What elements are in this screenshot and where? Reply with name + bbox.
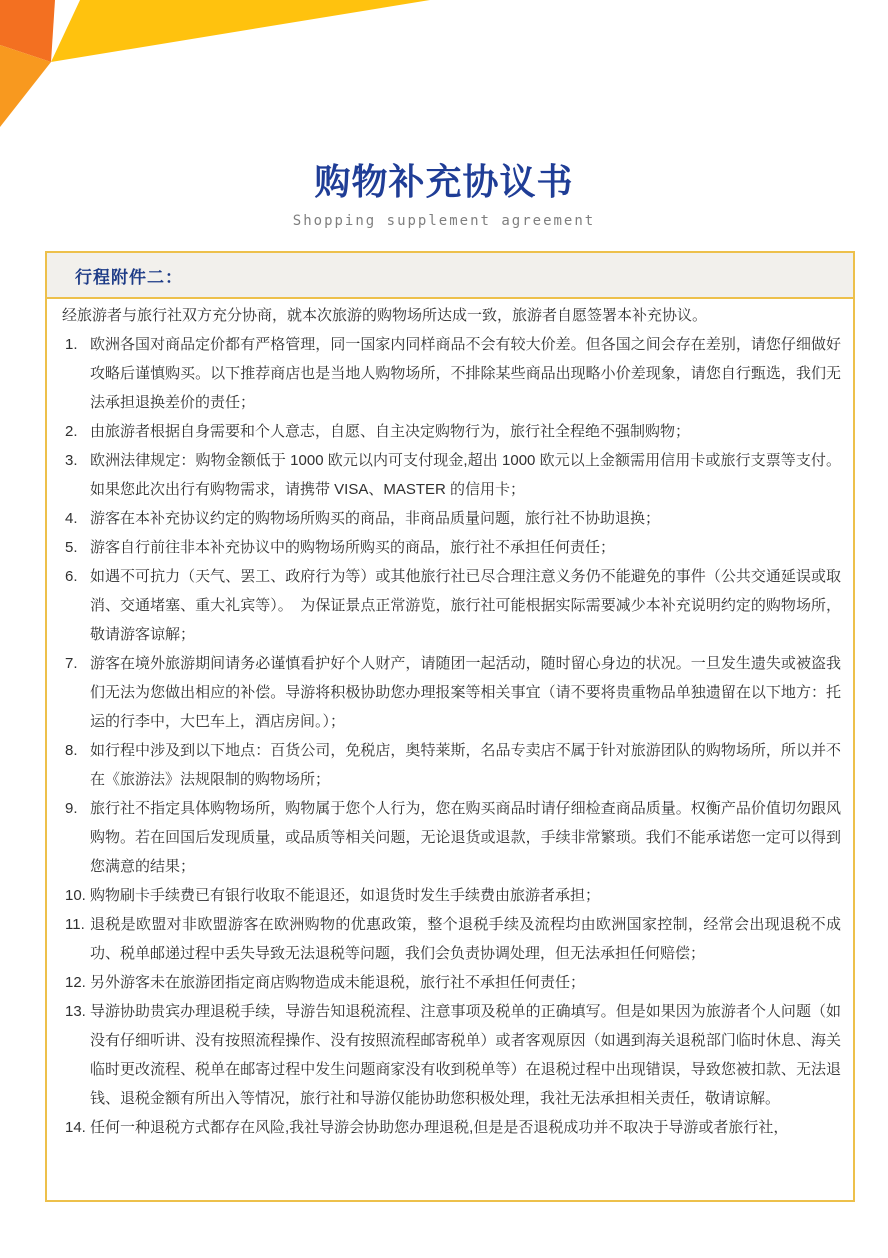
list-item-text: 导游协助贵宾办理退税手续，导游告知退税流程、注意事项及税单的正确填写。但是如果因… <box>90 997 841 1113</box>
list-item-text: 如遇不可抗力（天气、罢工、政府行为等）或其他旅行社已尽合理注意义务仍不能避免的事… <box>90 562 841 649</box>
list-item-number: 4. <box>62 504 90 533</box>
list-item: 14. 任何一种退税方式都存在风险,我社导游会协助您办理退税,但是是否退税成功并… <box>62 1113 841 1142</box>
list-item-number: 5. <box>62 533 90 562</box>
list-item-text: 如行程中涉及到以下地点：百货公司，免税店，奥特莱斯，名品专卖店不属于针对旅游团队… <box>90 736 841 794</box>
list-item: 1. 欧洲各国对商品定价都有严格管理，同一国家内同样商品不会有较大价差。但各国之… <box>62 330 841 417</box>
list-item: 5. 游客自行前往非本补充协议中的购物场所购买的商品，旅行社不承担任何责任； <box>62 533 841 562</box>
list-item-text: 任何一种退税方式都存在风险,我社导游会协助您办理退税,但是是否退税成功并不取决于… <box>90 1113 841 1142</box>
list-item-text: 旅行社不指定具体购物场所，购物属于您个人行为，您在购买商品时请仔细检查商品质量。… <box>90 794 841 881</box>
list-item: 8. 如行程中涉及到以下地点：百货公司，免税店，奥特莱斯，名品专卖店不属于针对旅… <box>62 736 841 794</box>
list-item-number: 8. <box>62 736 90 794</box>
list-item-number: 1. <box>62 330 90 417</box>
agreement-box: 行程附件二： 经旅游者与旅行社双方充分协商，就本次旅游的购物场所达成一致，旅游者… <box>45 251 855 1202</box>
list-item: 13. 导游协助贵宾办理退税手续，导游告知退税流程、注意事项及税单的正确填写。但… <box>62 997 841 1113</box>
attachment-heading: 行程附件二： <box>75 263 183 288</box>
list-item-number: 14. <box>62 1113 90 1142</box>
agreement-intro: 经旅游者与旅行社双方充分协商，就本次旅游的购物场所达成一致，旅游者自愿签署本补充… <box>62 301 841 330</box>
list-item-text: 购物刷卡手续费已有银行收取不能退还，如退货时发生手续费由旅游者承担； <box>90 881 841 910</box>
list-item-text: 退税是欧盟对非欧盟游客在欧洲购物的优惠政策，整个退税手续及流程均由欧洲国家控制，… <box>90 910 841 968</box>
list-item-text: 游客自行前往非本补充协议中的购物场所购买的商品，旅行社不承担任何责任； <box>90 533 841 562</box>
list-item-number: 9. <box>62 794 90 881</box>
list-item: 9. 旅行社不指定具体购物场所，购物属于您个人行为，您在购买商品时请仔细检查商品… <box>62 794 841 881</box>
list-item: 6. 如遇不可抗力（天气、罢工、政府行为等）或其他旅行社已尽合理注意义务仍不能避… <box>62 562 841 649</box>
list-item-number: 7. <box>62 649 90 736</box>
document-page: { "page": { "title": "购物补充协议书", "subtitl… <box>0 0 888 1258</box>
list-item-text: 游客在本补充协议约定的购物场所购买的商品，非商品质量问题，旅行社不协助退换； <box>90 504 841 533</box>
list-item-number: 12. <box>62 968 90 997</box>
triangle-yellow-icon <box>51 0 430 62</box>
attachment-header-bar: 行程附件二： <box>47 253 853 299</box>
page-subtitle: Shopping supplement agreement <box>0 212 888 230</box>
list-item-number: 2. <box>62 417 90 446</box>
list-item: 2. 由旅游者根据自身需要和个人意志，自愿、自主决定购物行为，旅行社全程绝不强制… <box>62 417 841 446</box>
list-item: 4. 游客在本补充协议约定的购物场所购买的商品，非商品质量问题，旅行社不协助退换… <box>62 504 841 533</box>
list-item-text: 欧洲各国对商品定价都有严格管理，同一国家内同样商品不会有较大价差。但各国之间会存… <box>90 330 841 417</box>
list-item-number: 13. <box>62 997 90 1113</box>
list-item-number: 11. <box>62 910 90 968</box>
list-item-number: 10. <box>62 881 90 910</box>
list-item: 12. 另外游客未在旅游团指定商店购物造成未能退税，旅行社不承担任何责任； <box>62 968 841 997</box>
list-item: 11. 退税是欧盟对非欧盟游客在欧洲购物的优惠政策，整个退税手续及流程均由欧洲国… <box>62 910 841 968</box>
list-item-text: 由旅游者根据自身需要和个人意志，自愿、自主决定购物行为，旅行社全程绝不强制购物； <box>90 417 841 446</box>
list-item-text: 游客在境外旅游期间请务必谨慎看护好个人财产，请随团一起活动，随时留心身边的状况。… <box>90 649 841 736</box>
list-item-number: 6. <box>62 562 90 649</box>
list-item-text: 欧洲法律规定：购物金额低于 1000 欧元以内可支付现金,超出 1000 欧元以… <box>90 446 841 504</box>
list-item-number: 3. <box>62 446 90 504</box>
list-item: 7. 游客在境外旅游期间请务必谨慎看护好个人财产，请随团一起活动，随时留心身边的… <box>62 649 841 736</box>
list-item-text: 另外游客未在旅游团指定商店购物造成未能退税，旅行社不承担任何责任； <box>90 968 841 997</box>
agreement-body: 经旅游者与旅行社双方充分协商，就本次旅游的购物场所达成一致，旅游者自愿签署本补充… <box>47 299 853 1142</box>
list-item: 3. 欧洲法律规定：购物金额低于 1000 欧元以内可支付现金,超出 1000 … <box>62 446 841 504</box>
corner-ribbon-graphic <box>0 0 440 200</box>
list-item: 10. 购物刷卡手续费已有银行收取不能退还，如退货时发生手续费由旅游者承担； <box>62 881 841 910</box>
attachment-items: 1. 欧洲各国对商品定价都有严格管理，同一国家内同样商品不会有较大价差。但各国之… <box>62 330 841 1142</box>
